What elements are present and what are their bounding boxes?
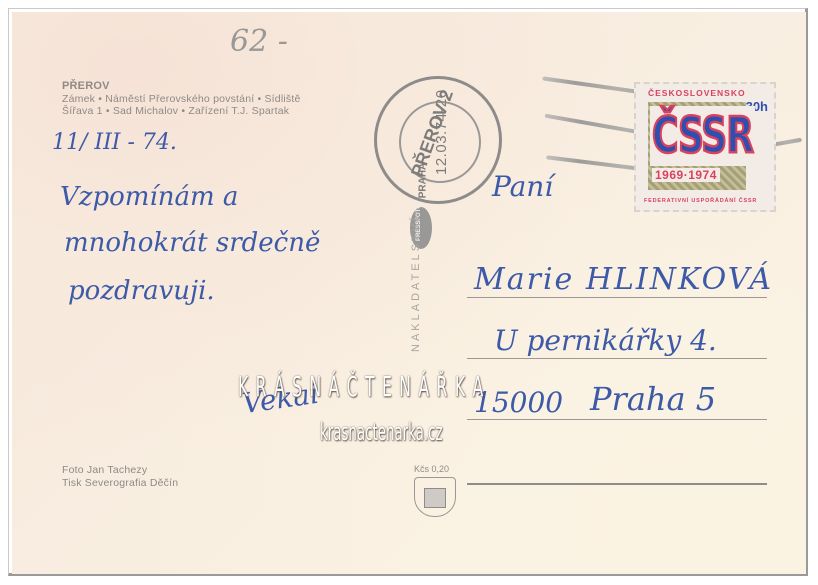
message-line-2: mnohokrát srdečně xyxy=(64,228,320,258)
address-line xyxy=(467,358,767,359)
address-line xyxy=(467,297,767,298)
watermark-title: K R Á S N Á Č T E N Á Ř K A xyxy=(238,370,484,403)
caption-line-2: Šířava 1 • Sad Michalov • Zařízení T.J. … xyxy=(62,105,301,118)
address-city: Praha 5 xyxy=(590,380,716,418)
postage-stamp: ČESKOSLOVENSKO 30h ČSSR 1969·1974 FEDERA… xyxy=(634,82,776,212)
castle-icon xyxy=(424,488,446,508)
message-date: 11/ III - 74. xyxy=(52,130,177,155)
postmark-sub: PRAHA xyxy=(417,163,428,199)
postcard-back: 62 - PŘEROV Zámek • Náměstí Přerovského … xyxy=(12,12,806,574)
address-name: Marie HLINKOVÁ xyxy=(474,262,773,297)
stamp-footer: FEDERATIVNÍ USPOŘÁDÁNÍ ČSSR xyxy=(644,198,757,204)
address-salutation: Paní xyxy=(492,170,553,203)
address-postcode: 15000 xyxy=(474,386,563,419)
stamp-emblem: ČSSR xyxy=(650,106,755,166)
tourism-shield-icon xyxy=(414,477,456,517)
address-line xyxy=(467,483,767,485)
credit-photo: Foto Jan Tachezy xyxy=(62,464,178,477)
credit-print: Tisk Severografia Děčín xyxy=(62,477,178,490)
stamp-country: ČESKOSLOVENSKO xyxy=(648,88,746,98)
caption-line-1: Zámek • Náměstí Přerovského povstání • S… xyxy=(62,93,301,106)
printed-caption: PŘEROV Zámek • Náměstí Přerovského povst… xyxy=(62,80,301,118)
message-line-1: Vzpomínám a xyxy=(60,182,238,212)
address-street: U pernikářky 4. xyxy=(494,324,717,357)
postmark-date: 12.03.74-20 xyxy=(433,89,450,175)
printed-credits: Foto Jan Tachezy Tisk Severografia Děčín xyxy=(62,464,178,489)
price-mark: Kčs 0,20 xyxy=(414,464,449,474)
stamp-years: 1969·1974 xyxy=(652,168,720,182)
watermark-url: krasnactenarka.cz xyxy=(320,418,442,446)
publisher-vertical-text: NAKLADATELSTVÍ xyxy=(410,215,422,352)
caption-title: PŘEROV xyxy=(62,80,301,93)
pencil-number: 62 - xyxy=(230,24,288,59)
message-line-3: pozdravuji. xyxy=(68,276,215,306)
postmark: PŘEROV 2 PRAHA 12.03.74-20 xyxy=(374,76,502,204)
address-line xyxy=(467,419,767,420)
